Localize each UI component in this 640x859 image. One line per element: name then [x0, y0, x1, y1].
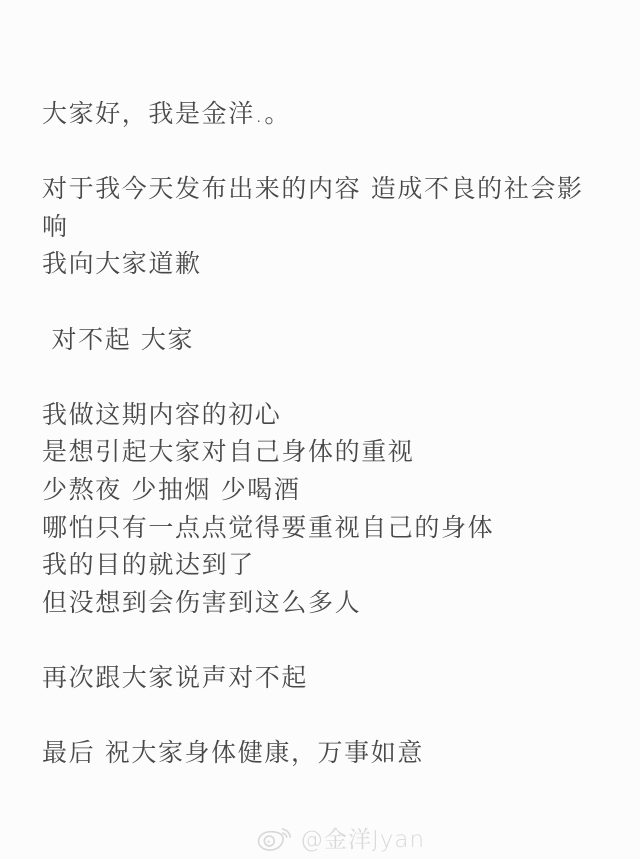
apology-text: 大家好，我是金洋.。 对于我今天发布出来的内容 造成不良的社会影 响 我向大家道…: [42, 95, 620, 772]
weibo-logo-icon: [256, 822, 293, 853]
apology-statement-page: 大家好，我是金洋.。 对于我今天发布出来的内容 造成不良的社会影 响 我向大家道…: [0, 0, 640, 859]
watermark-handle: @金洋Jyan: [300, 821, 425, 854]
watermark: @金洋Jyan: [256, 821, 425, 853]
